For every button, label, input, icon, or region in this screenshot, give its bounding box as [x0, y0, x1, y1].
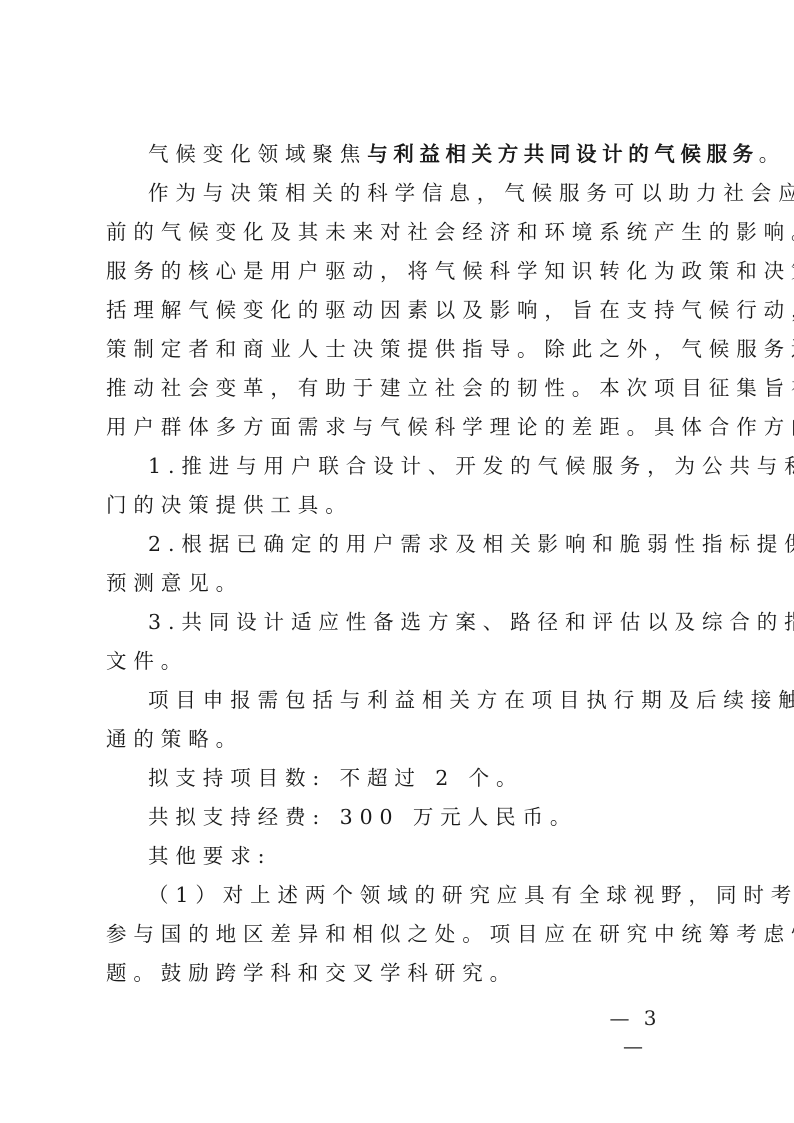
- other-requirements-heading: 其他要求:: [148, 837, 690, 876]
- paragraph-line: 策制定者和商业人士决策提供指导。除此之外，气候服务还可以: [106, 330, 690, 369]
- document-page: 气候变化领域聚焦与利益相关方共同设计的气候服务。 作为与决策相关的科学信息，气候…: [0, 0, 794, 1123]
- requirement-1-continued: 参与国的地区差异和相似之处。项目应在研究中统筹考虑性别问: [106, 915, 690, 954]
- paragraph-line: 括理解气候变化的驱动因素以及影响，旨在支持气候行动，为政: [106, 291, 690, 330]
- paragraph-line: 用户群体多方面需求与气候科学理论的差距。具体合作方向如下:: [106, 408, 690, 447]
- funding-amount: 共拟支持经费: 300 万元人民币。: [148, 798, 690, 837]
- list-item-3-continued: 文件。: [106, 642, 690, 681]
- list-item-1: 1.推进与用户联合设计、开发的气候服务，为公共与私营部: [148, 447, 690, 486]
- page-number: — 3 —: [595, 1004, 675, 1032]
- paragraph-line: 前的气候变化及其未来对社会经济和环境系统产生的影响。气候: [106, 213, 690, 252]
- list-item-1-continued: 门的决策提供工具。: [106, 486, 690, 525]
- focus-intro-text: 气候变化领域聚焦: [148, 142, 367, 166]
- project-count: 拟支持项目数: 不超过 2 个。: [148, 759, 690, 798]
- focus-period: 。: [759, 142, 786, 166]
- requirement-1-end: 题。鼓励跨学科和交叉学科研究。: [106, 954, 690, 993]
- paragraph-line: 服务的核心是用户驱动，将气候科学知识转化为政策和决策，包: [106, 252, 690, 291]
- focus-highlight-text: 与利益相关方共同设计的气候服务: [367, 142, 759, 166]
- requirement-1: （1）对上述两个领域的研究应具有全球视野，同时考虑合作: [148, 876, 690, 915]
- list-item-2-continued: 预测意见。: [106, 564, 690, 603]
- paragraph-climate-focus: 气候变化领域聚焦与利益相关方共同设计的气候服务。: [148, 135, 690, 174]
- paragraph-line: 作为与决策相关的科学信息，气候服务可以助力社会应对当: [148, 174, 690, 213]
- paragraph-line: 推动社会变革，有助于建立社会的韧性。本次项目征集旨在弥合: [106, 369, 690, 408]
- list-item-3: 3.共同设计适应性备选方案、路径和评估以及综合的指导性: [148, 603, 690, 642]
- paragraph-communication: 项目申报需包括与利益相关方在项目执行期及后续接触沟: [148, 681, 690, 720]
- list-item-2: 2.根据已确定的用户需求及相关影响和脆弱性指标提供新的: [148, 525, 690, 564]
- paragraph-communication-continued: 通的策略。: [106, 720, 690, 759]
